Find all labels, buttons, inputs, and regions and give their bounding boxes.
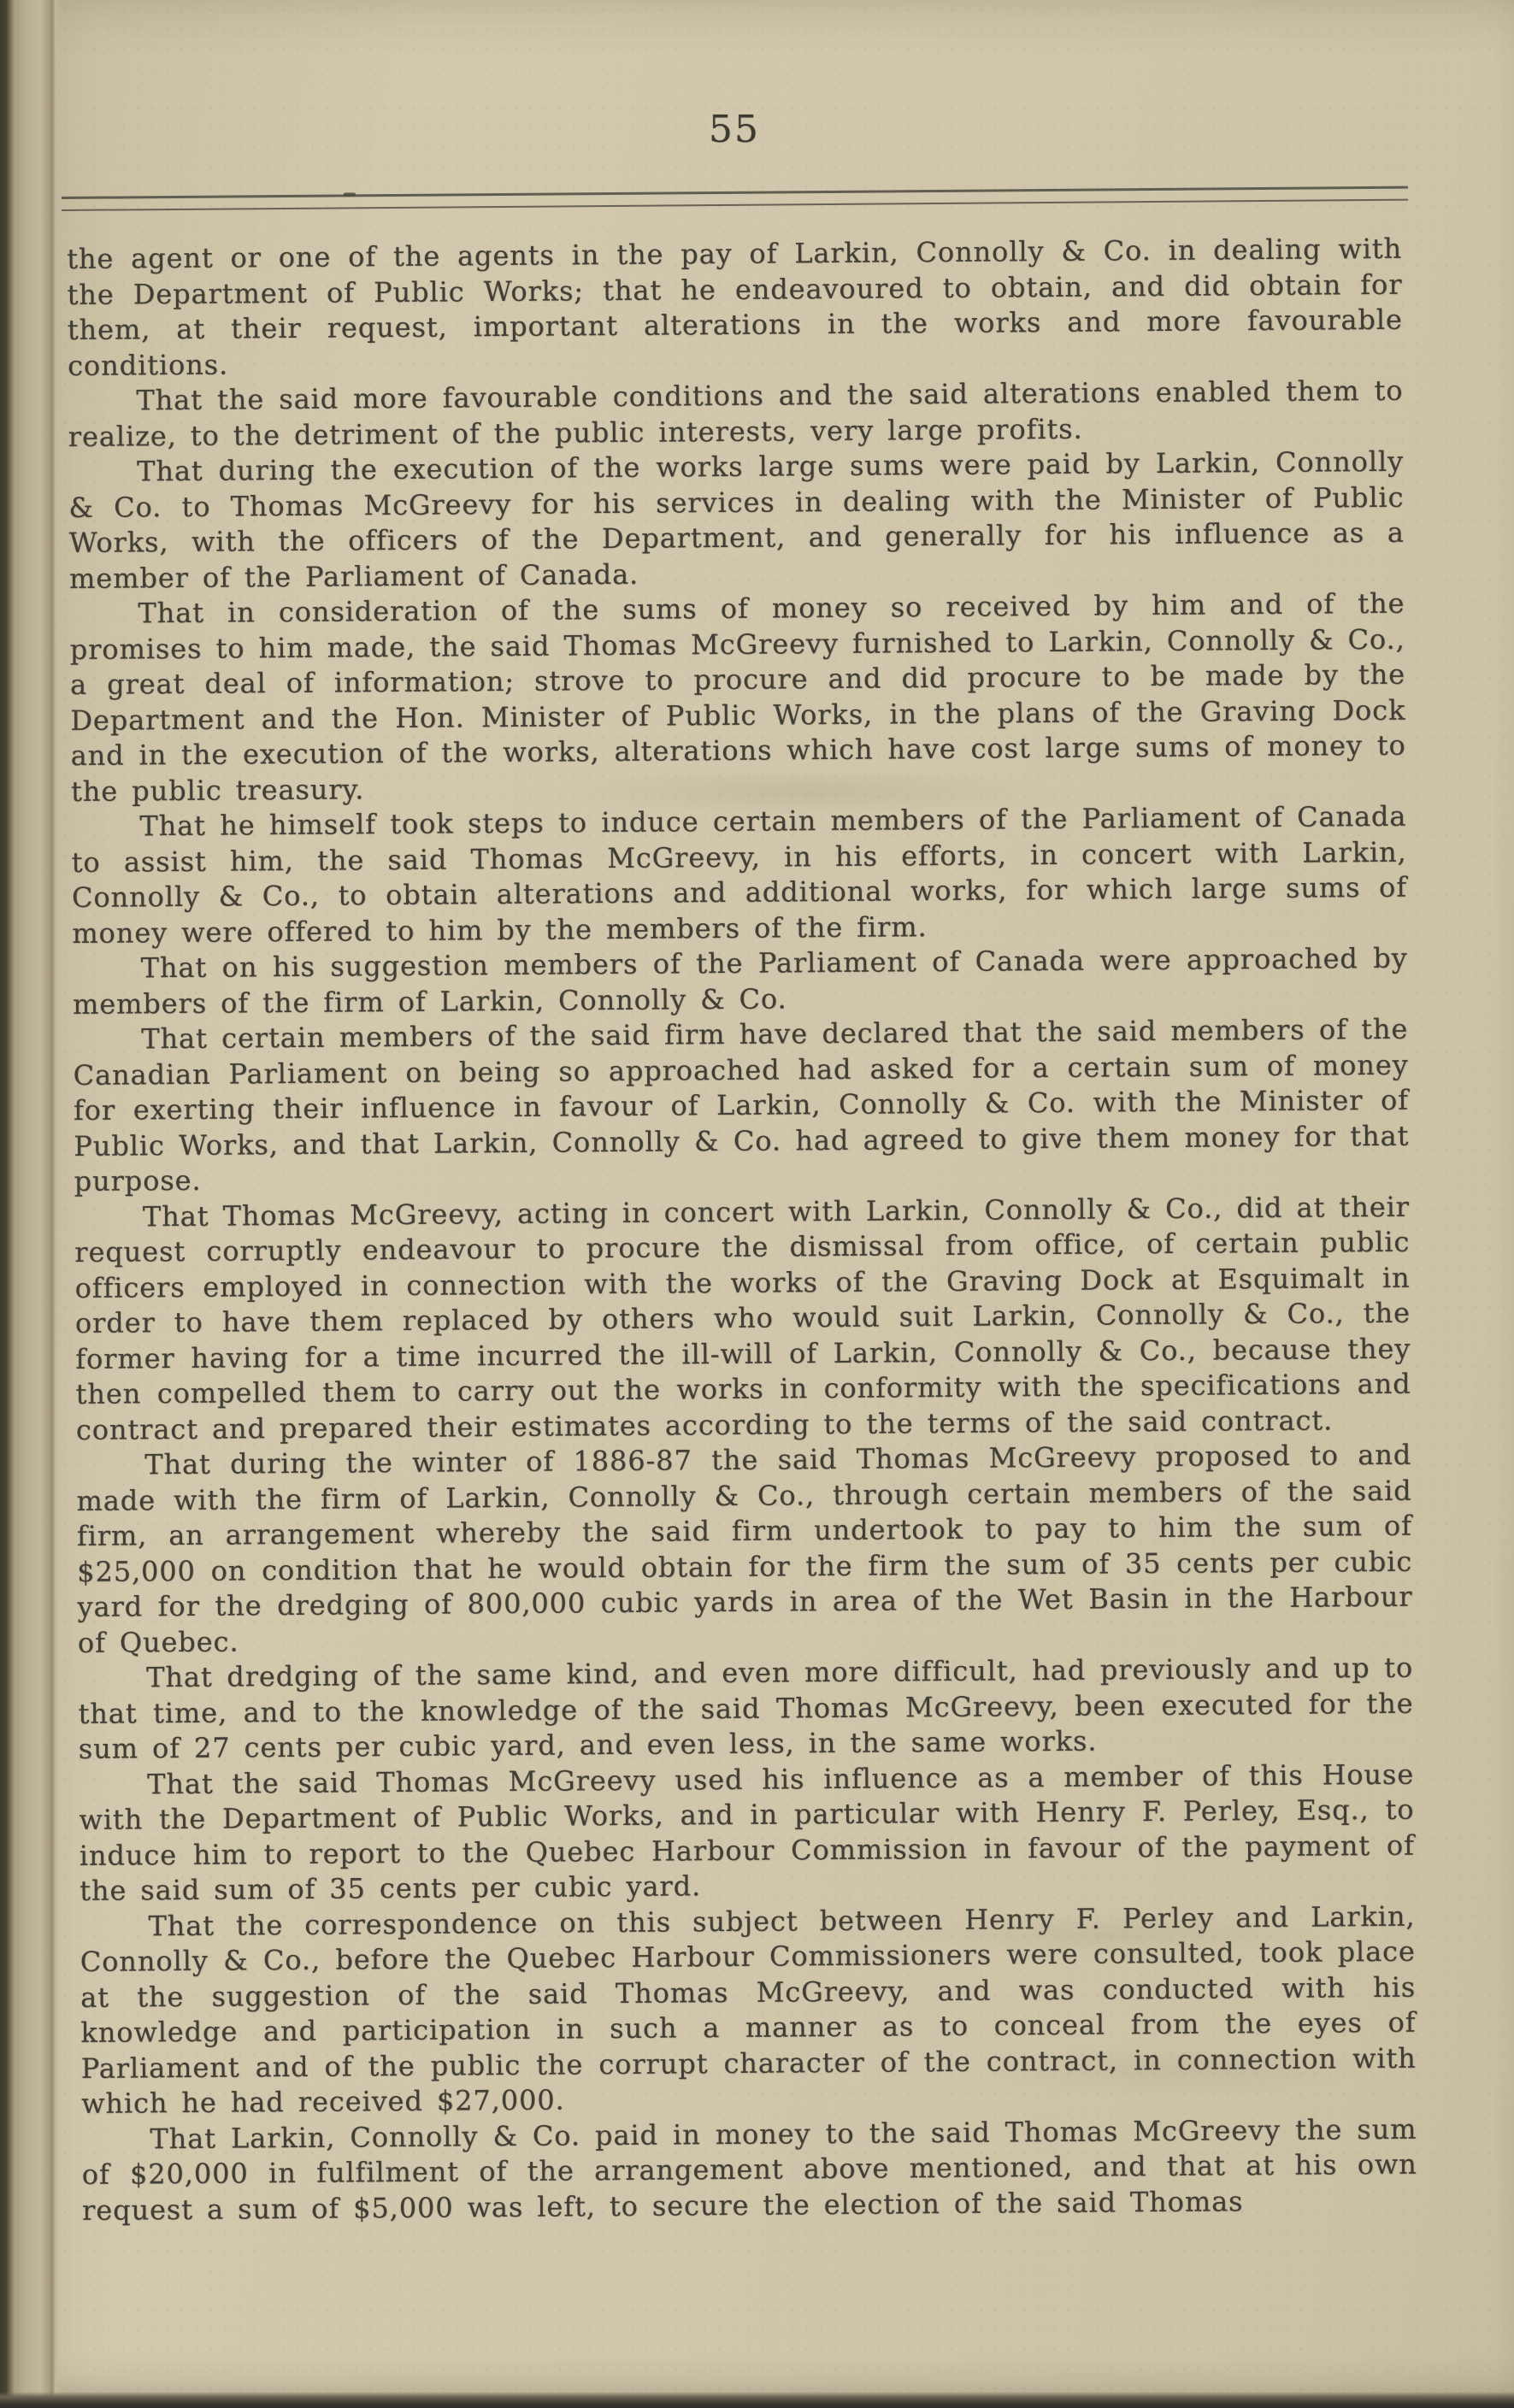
paragraph: That Thomas McGreevy, acting in concert … <box>74 1189 1411 1448</box>
paragraph: That he himself took steps to induce cer… <box>71 799 1407 951</box>
paragraph: That the said Thomas McGreevy used his i… <box>79 1757 1415 1909</box>
paragraph: That during the execution of the works l… <box>68 445 1405 597</box>
paragraph: That during the winter of 1886-87 the sa… <box>76 1438 1413 1661</box>
double-horizontal-rule <box>62 186 1408 211</box>
paragraph: the agent or one of the agents in the pa… <box>67 232 1403 384</box>
paragraph: That the correspondence on this subject … <box>80 1899 1417 2122</box>
paragraph: That dredging of the same kind, and even… <box>78 1651 1414 1768</box>
paragraph: That in consideration of the sums of mon… <box>69 586 1406 810</box>
page-text: the agent or one of the agents in the pa… <box>67 232 1417 2228</box>
page-number: 55 <box>0 108 1469 151</box>
book-gutter-edge <box>0 0 60 2408</box>
scan-bottom-edge <box>0 2392 1514 2408</box>
paragraph: That certain members of the said firm ha… <box>73 1012 1410 1200</box>
paragraph: That Larkin, Connolly & Co. paid in mone… <box>81 2111 1417 2228</box>
paragraph: That on his suggestion members of the Pa… <box>73 941 1409 1022</box>
scanned-page: 55 the agent or one of the agents in the… <box>0 0 1514 2408</box>
paragraph: That the said more favourable conditions… <box>68 374 1404 455</box>
